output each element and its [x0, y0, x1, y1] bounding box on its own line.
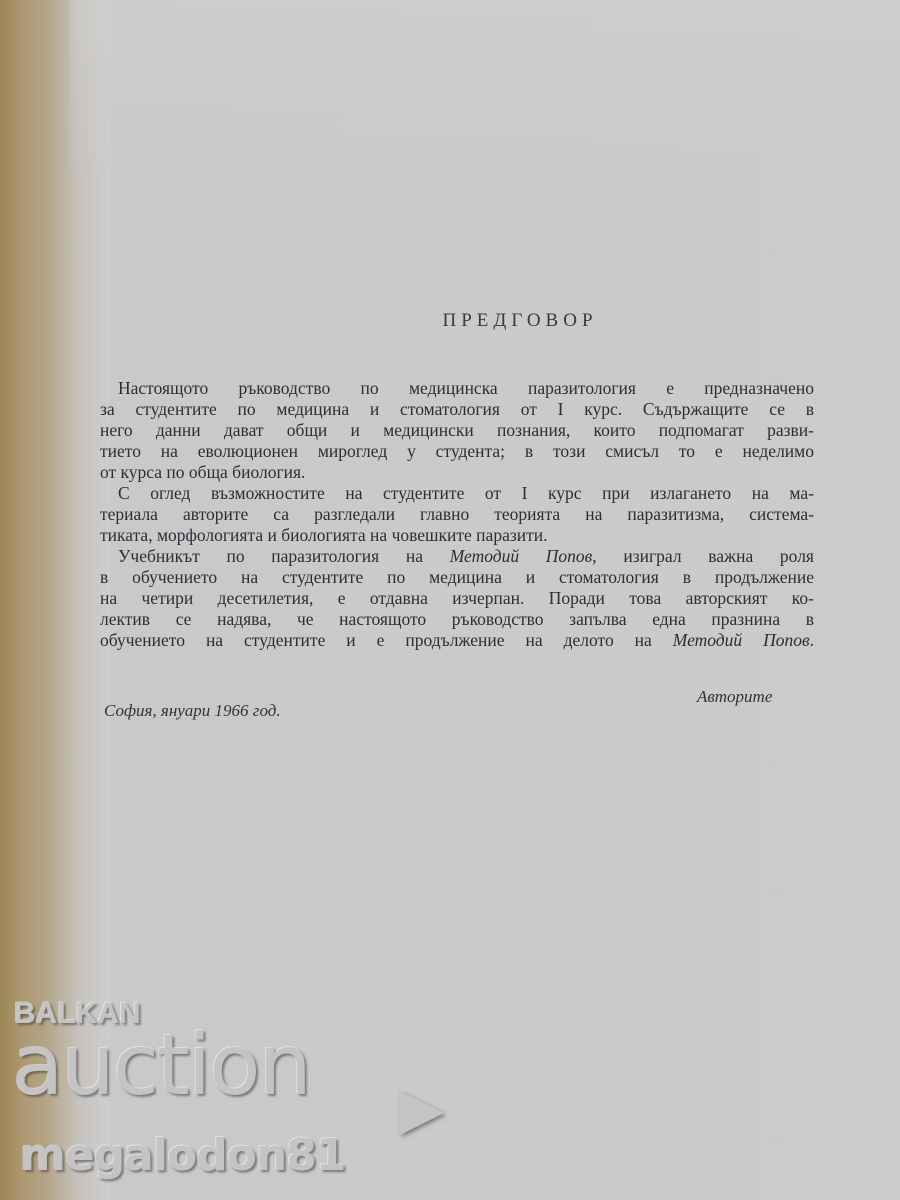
text-line: за студентите по медицина и стоматология… — [100, 399, 814, 419]
text-line: териала авторите са разгледали главно те… — [100, 504, 814, 524]
authors-signature: Авторите — [697, 687, 772, 707]
place-date: София, януари 1966 год. — [104, 701, 281, 721]
text-segment: обучението на студентите и е продължение… — [100, 630, 673, 650]
author-name-italic: Методий Попов — [450, 546, 593, 566]
text-segment: , изиграл важна роля — [592, 546, 814, 566]
watermark-username: megalodon81 — [20, 1130, 345, 1181]
text-line: обучението на студентите и е продължение… — [100, 630, 814, 650]
text-line: в обучението на студентите по медицина и… — [100, 567, 814, 587]
play-arrow-icon — [400, 1091, 444, 1135]
author-name-italic: Методий Попов — [673, 630, 810, 650]
text-line: Настоящото ръководство по медицинска пар… — [118, 378, 814, 398]
text-line: Учебникът по паразитология на Методий По… — [118, 546, 814, 566]
text-line: тието на еволюционен мироглед у студента… — [100, 441, 814, 461]
text-line: тиката, морфологията и биологията на чов… — [100, 525, 814, 545]
page-title: ПРЕДГОВОР — [340, 310, 700, 332]
text-line: лектив се надява, че настоящото ръководс… — [100, 609, 814, 629]
watermark-name: auction — [12, 1015, 310, 1115]
text-segment: Учебникът по паразитология на — [118, 546, 450, 566]
watermark: BALKAN auction megalodon81 — [8, 995, 458, 1195]
text-line: на четири десетилетия, е отдавна изчерпа… — [100, 588, 814, 608]
text-segment: . — [810, 630, 814, 650]
text-line: него данни дават общи и медицински позна… — [100, 420, 814, 440]
text-line: от курса по обща биология. — [100, 462, 814, 482]
text-line: С оглед възможностите на студентите от I… — [118, 483, 814, 503]
